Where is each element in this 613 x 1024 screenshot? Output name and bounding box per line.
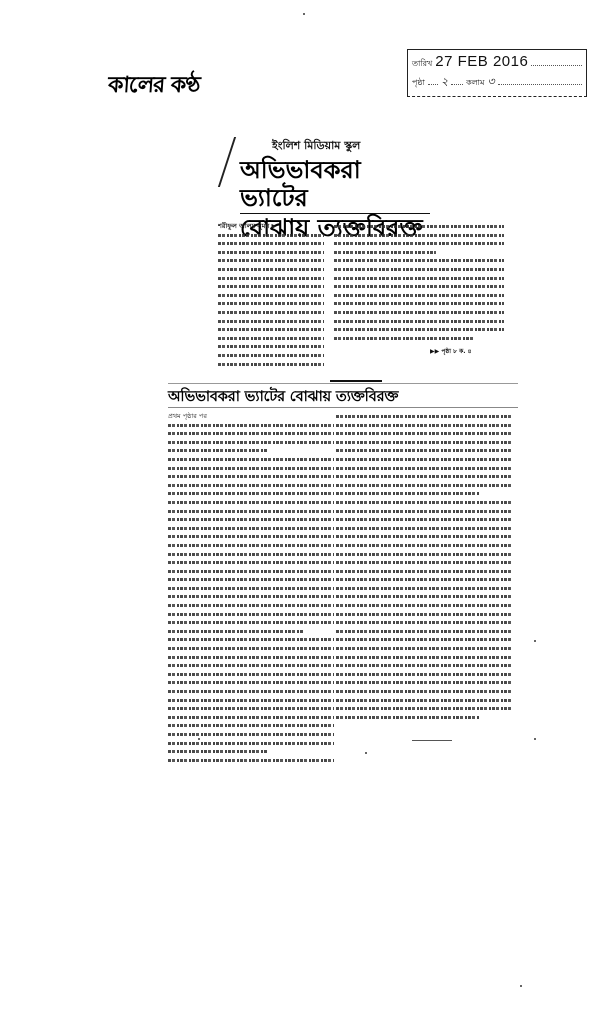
text-line — [334, 308, 504, 317]
text-line — [218, 291, 324, 300]
text-line — [168, 670, 334, 679]
text-line — [336, 661, 511, 670]
text-line — [336, 498, 511, 507]
text-line — [168, 721, 334, 730]
text-line — [168, 730, 334, 739]
text-line — [218, 248, 324, 257]
text-line — [334, 299, 504, 308]
stamp-column-value: ৩ — [487, 73, 494, 92]
text-line — [218, 308, 324, 317]
text-line — [336, 644, 511, 653]
text-line — [334, 334, 504, 343]
text-line — [168, 464, 334, 473]
text-line — [168, 550, 334, 559]
text-line — [168, 429, 334, 438]
separator-rule — [412, 740, 452, 741]
scan-speck — [198, 738, 200, 740]
text-line — [168, 687, 334, 696]
text-line — [168, 532, 334, 541]
text-line — [218, 351, 324, 360]
stamp-dotted-line — [498, 76, 582, 85]
stamp-date-value: 27 FEB 2016 — [435, 53, 528, 70]
text-line — [336, 558, 511, 567]
text-line — [334, 231, 504, 240]
text-line — [336, 678, 511, 687]
text-line — [334, 239, 504, 248]
text-line — [334, 325, 504, 334]
front-column-2 — [334, 222, 504, 372]
stamp-dotted-line — [531, 57, 582, 66]
article-byline: শরীফুল আলম সুমন ▶ — [218, 222, 324, 231]
text-line — [218, 299, 324, 308]
text-line — [168, 541, 334, 550]
text-line — [336, 601, 511, 610]
text-line — [168, 472, 334, 481]
stamp-dotted-line — [428, 76, 438, 85]
separator-rule — [168, 383, 518, 384]
stamp-page-row: পৃষ্ঠা ২ কলাম ৩ — [412, 73, 582, 93]
text-line — [218, 239, 324, 248]
newspaper-masthead: কালের কণ্ঠ — [107, 68, 201, 105]
text-line — [334, 222, 504, 231]
text-line — [334, 282, 504, 291]
text-line — [168, 524, 334, 533]
text-line — [336, 429, 511, 438]
text-line — [168, 764, 334, 767]
text-line — [336, 515, 511, 524]
text-line — [168, 481, 334, 490]
text-line — [336, 635, 511, 644]
text-line — [336, 687, 511, 696]
text-line — [168, 627, 334, 636]
text-line — [168, 584, 334, 593]
text-line — [336, 670, 511, 679]
text-line — [334, 256, 504, 265]
text-line — [168, 610, 334, 619]
text-line — [334, 317, 504, 326]
headline-line-1: অভিভাবকরা ভ্যাটের — [240, 156, 430, 214]
scan-speck — [365, 752, 367, 754]
text-line — [218, 360, 324, 369]
continuation-column-1: প্রথম পৃষ্ঠার পর — [168, 412, 334, 767]
stamp-date-label: তারিখ — [412, 58, 432, 71]
text-line — [336, 541, 511, 550]
stamp-page-label: পৃষ্ঠা — [412, 77, 425, 90]
text-line — [168, 592, 334, 601]
text-line — [336, 489, 511, 498]
text-line — [336, 421, 511, 430]
stamp-dotted-line — [451, 76, 463, 85]
text-line — [168, 618, 334, 627]
text-line — [336, 592, 511, 601]
continued-on-reference: ▶▶ পৃষ্ঠা ৮ ক. ৪ — [430, 346, 472, 357]
continuation-column-2 — [336, 412, 511, 737]
text-line — [336, 653, 511, 662]
text-line — [336, 464, 511, 473]
text-line — [168, 575, 334, 584]
text-line — [168, 678, 334, 687]
scan-speck — [534, 640, 536, 642]
stamp-page-value: ২ — [441, 73, 448, 92]
text-line — [336, 455, 511, 464]
text-line — [218, 317, 324, 326]
text-line — [168, 739, 334, 748]
text-line — [336, 550, 511, 559]
text-line — [168, 558, 334, 567]
text-line — [218, 265, 324, 274]
article-kicker: ইংলিশ মিডিয়াম স্কুল — [272, 137, 360, 156]
text-line — [336, 584, 511, 593]
text-line — [218, 334, 324, 343]
text-line — [168, 644, 334, 653]
text-line — [168, 421, 334, 430]
text-line — [336, 472, 511, 481]
text-line — [218, 256, 324, 265]
text-line — [334, 274, 504, 283]
text-line — [218, 325, 324, 334]
text-line — [336, 438, 511, 447]
stamp-date-row: তারিখ 27 FEB 2016 — [412, 53, 582, 73]
text-line — [168, 455, 334, 464]
text-line — [218, 274, 324, 283]
text-line — [336, 704, 511, 713]
text-line — [336, 412, 511, 421]
text-line — [336, 713, 511, 722]
text-line — [336, 575, 511, 584]
text-line — [168, 747, 334, 756]
text-line — [336, 507, 511, 516]
text-line — [168, 507, 334, 516]
text-line — [168, 653, 334, 662]
text-line — [336, 610, 511, 619]
text-line — [168, 713, 334, 722]
text-line — [168, 498, 334, 507]
text-line — [336, 524, 511, 533]
text-line — [336, 446, 511, 455]
stamp-column-label: কলাম — [466, 77, 484, 90]
text-line — [168, 515, 334, 524]
text-line — [334, 248, 504, 257]
scan-speck — [534, 738, 536, 740]
text-line — [168, 567, 334, 576]
text-line — [168, 489, 334, 498]
text-line — [168, 601, 334, 610]
text-line — [218, 282, 324, 291]
text-line — [168, 704, 334, 713]
continued-from-label: প্রথম পৃষ্ঠার পর — [168, 412, 334, 421]
text-line — [334, 291, 504, 300]
text-line — [168, 696, 334, 705]
text-line — [334, 265, 504, 274]
text-line — [168, 661, 334, 670]
separator-rule — [168, 407, 518, 408]
text-line — [218, 231, 324, 240]
scan-speck — [303, 13, 305, 15]
scan-speck — [520, 985, 522, 987]
text-line — [336, 567, 511, 576]
text-line — [168, 756, 334, 765]
clipping-date-stamp: তারিখ 27 FEB 2016 পৃষ্ঠা ২ কলাম ৩ — [407, 49, 587, 97]
separator-rule — [330, 380, 382, 382]
text-line — [168, 635, 334, 644]
text-line — [336, 532, 511, 541]
text-line — [336, 481, 511, 490]
text-line — [336, 618, 511, 627]
front-column-1: শরীফুল আলম সুমন ▶ — [218, 222, 324, 372]
text-line — [168, 438, 334, 447]
text-line — [168, 446, 334, 455]
text-line — [336, 627, 511, 636]
text-line — [336, 696, 511, 705]
text-line — [218, 342, 324, 351]
